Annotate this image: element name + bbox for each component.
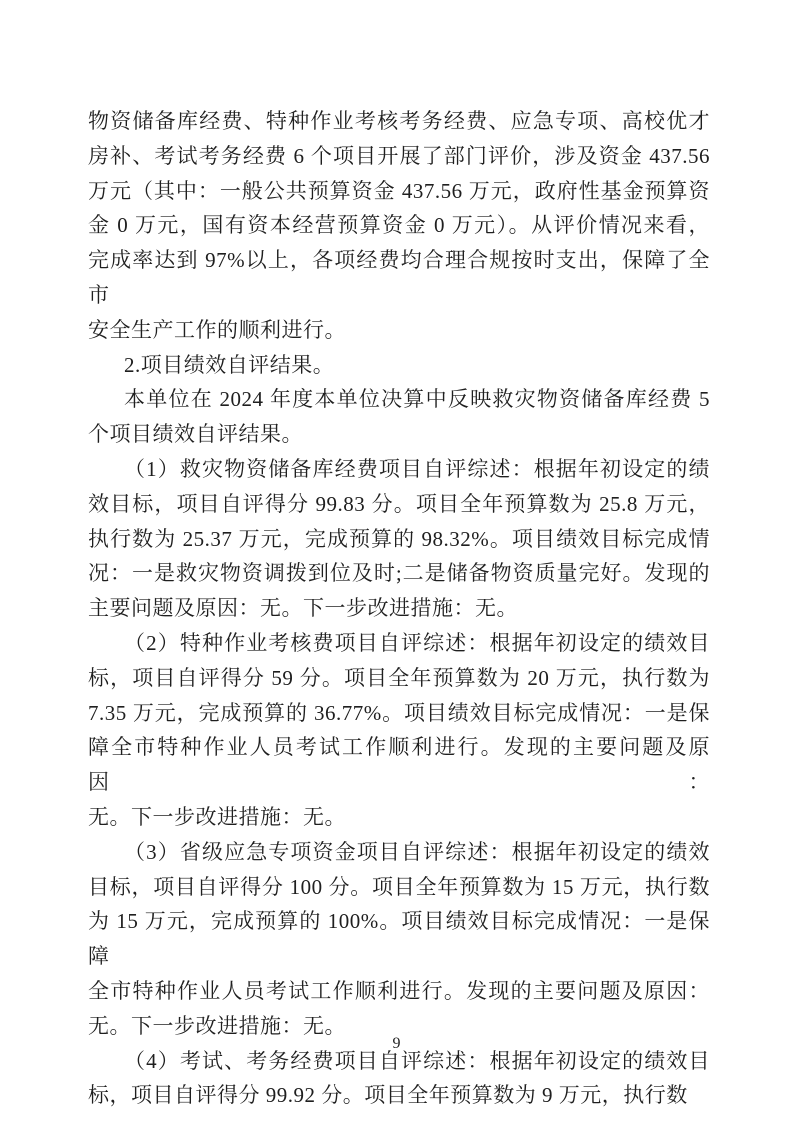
paragraph-6: （3）省级应急专项资金项目自评综述：根据年初设定的绩效目标，项目自评得分 100… [88, 835, 710, 1044]
text-line: 目标，项目自评得分 100 分。项目全年预算数为 15 万元，执行数 [88, 870, 710, 905]
text-line: （1）救灾物资储备库经费项目自评综述：根据年初设定的绩 [88, 452, 710, 487]
paragraph-3: 本单位在 2024 年度本单位决算中反映救灾物资储备库经费 5个项目绩效自评结果… [88, 382, 710, 452]
text-line: （2）特种作业考核费项目自评综述：根据年初设定的绩效目 [88, 626, 710, 661]
text-line: 主要问题及原因：无。下一步改进措施：无。 [88, 591, 710, 626]
text-line: 标，项目自评得分 99.92 分。项目全年预算数为 9 万元，执行数 [88, 1078, 710, 1113]
text-line: 况：一是救灾物资调拨到位及时;二是储备物资质量完好。发现的 [88, 556, 710, 591]
text-line: 房补、考试考务经费 6 个项目开展了部门评价，涉及资金 437.56 [88, 139, 710, 174]
text-line: 本单位在 2024 年度本单位决算中反映救灾物资储备库经费 5 [88, 382, 710, 417]
paragraph-4: （1）救灾物资储备库经费项目自评综述：根据年初设定的绩效目标，项目自评得分 99… [88, 452, 710, 626]
document-page: 物资储备库经费、特种作业考核考务经费、应急专项、高校优才房补、考试考务经费 6 … [0, 0, 793, 1122]
paragraph-2: 2.项目绩效自评结果。 [88, 348, 710, 383]
text-line: 个项目绩效自评结果。 [88, 417, 710, 452]
text-line: 完成率达到 97%以上，各项经费均合理合规按时支出，保障了全市 [88, 243, 710, 313]
paragraph-5: （2）特种作业考核费项目自评综述：根据年初设定的绩效目标，项目自评得分 59 分… [88, 626, 710, 835]
text-line: 执行数为 25.37 万元，完成预算的 98.32%。项目绩效目标完成情 [88, 522, 710, 557]
text-line: 安全生产工作的顺利进行。 [88, 313, 710, 348]
text-line: 效目标，项目自评得分 99.83 分。项目全年预算数为 25.8 万元， [88, 487, 710, 522]
text-line: 无。下一步改进措施：无。 [88, 800, 710, 835]
text-line: 全市特种作业人员考试工作顺利进行。发现的主要问题及原因： [88, 974, 710, 1009]
text-line: 为 15 万元，完成预算的 100%。项目绩效目标完成情况：一是保障 [88, 904, 710, 974]
text-line: 2.项目绩效自评结果。 [88, 348, 710, 383]
page-number: 9 [393, 1035, 401, 1052]
document-body: 物资储备库经费、特种作业考核考务经费、应急专项、高校优才房补、考试考务经费 6 … [88, 104, 710, 1113]
text-line: （3）省级应急专项资金项目自评综述：根据年初设定的绩效 [88, 835, 710, 870]
text-line: 障全市特种作业人员考试工作顺利进行。发现的主要问题及原因： [88, 730, 710, 800]
text-line: 物资储备库经费、特种作业考核考务经费、应急专项、高校优才 [88, 104, 710, 139]
text-line: 标，项目自评得分 59 分。项目全年预算数为 20 万元，执行数为 [88, 661, 710, 696]
text-line: 万元（其中：一般公共预算资金 437.56 万元，政府性基金预算资 [88, 174, 710, 209]
text-line: 金 0 万元，国有资本经营预算资金 0 万元）。从评价情况来看， [88, 208, 710, 243]
page-footer: 9 [0, 1034, 793, 1054]
text-line: 7.35 万元，完成预算的 36.77%。项目绩效目标完成情况：一是保 [88, 696, 710, 731]
paragraph-1: 物资储备库经费、特种作业考核考务经费、应急专项、高校优才房补、考试考务经费 6 … [88, 104, 710, 348]
